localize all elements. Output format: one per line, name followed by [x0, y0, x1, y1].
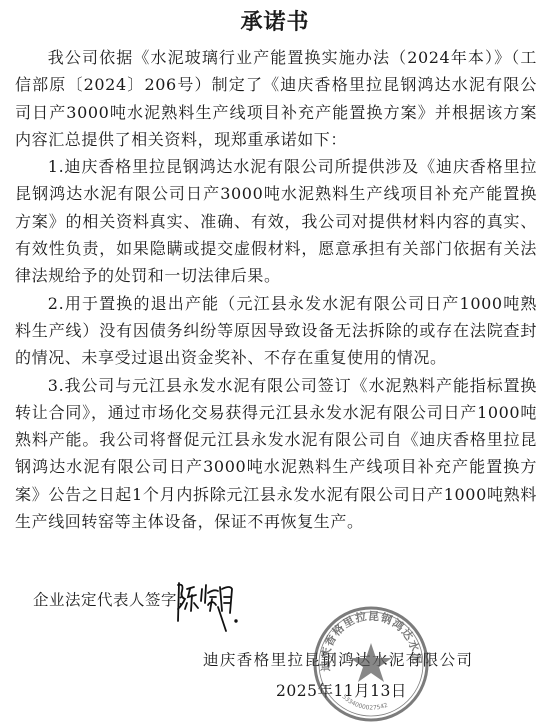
document-title: 承诺书	[0, 5, 550, 36]
seal-code: 5334000027542	[341, 693, 389, 711]
signature-label: 企业法定代表人签字：	[33, 588, 193, 610]
handwritten-signature	[172, 575, 242, 645]
intro-paragraph: 我公司依据《水泥玻璃行业产能置换实施办法（2024年本）》（工信部原〔2024〕…	[15, 44, 537, 153]
company-seal-icon: 迪庆香格里拉昆钢鸿达水泥有限公司 5334000027542	[312, 605, 430, 723]
document-body: 我公司依据《水泥玻璃行业产能置换实施办法（2024年本）》（工信部原〔2024〕…	[15, 44, 537, 535]
commitment-1: 1.迪庆香格里拉昆钢鸿达水泥有限公司所提供涉及《迪庆香格里拉昆钢鸿达水泥有限公司…	[15, 153, 537, 289]
commitment-2: 2.用于置换的退出产能（元江县永发水泥有限公司日产1000吨熟料生产线）没有因债…	[15, 290, 537, 372]
commitment-3: 3.我公司与元江县永发水泥有限公司签订《水泥熟料产能指标置换转让合同》，通过市场…	[15, 372, 537, 536]
svg-text:5334000027542: 5334000027542	[341, 693, 389, 711]
